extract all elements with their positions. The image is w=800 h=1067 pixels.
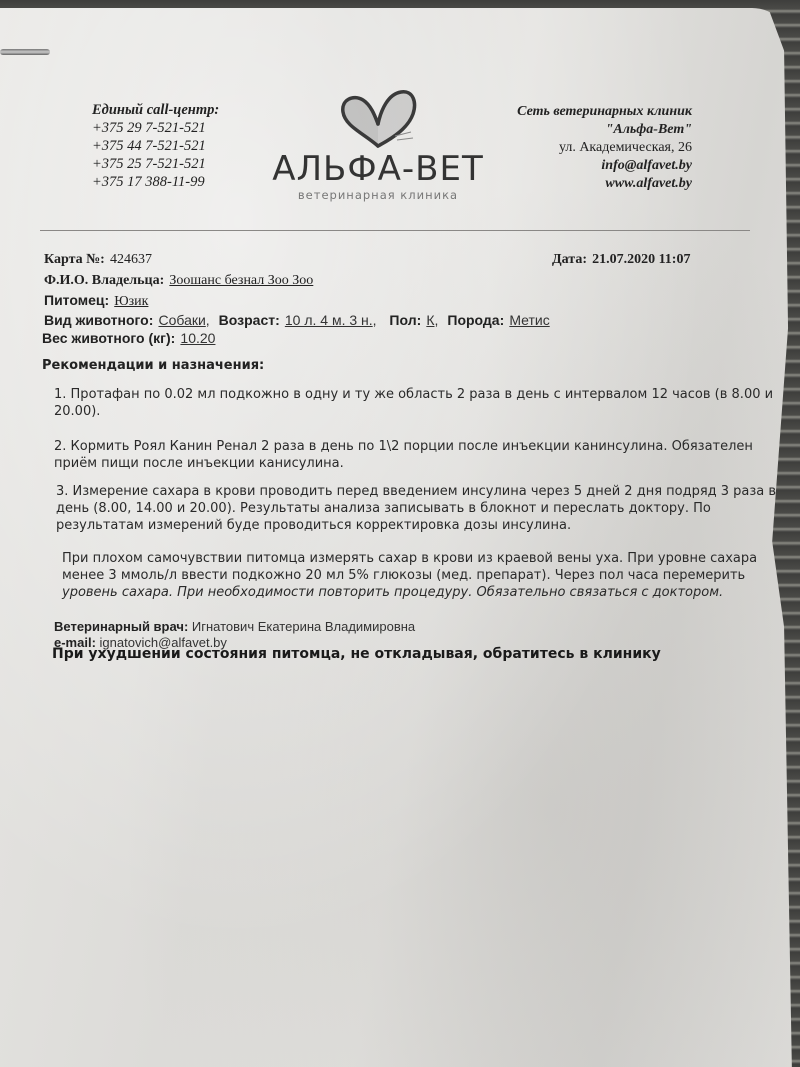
note-line2: менее 3 ммоль/л ввести подкожно 20 мл 5%…	[62, 567, 757, 584]
brand-subtitle: ветеринарная клиника	[268, 188, 488, 202]
recommendations-title: Рекомендации и назначения:	[42, 358, 264, 373]
card-number: 424637	[110, 252, 152, 267]
recommendation-2-line1: 2. Кормить Роял Канин Ренал 2 раза в ден…	[54, 438, 753, 455]
species-label: Вид животного:	[44, 312, 153, 328]
brand-name: АЛЬФА-ВЕТ	[268, 152, 488, 186]
weight-row: Вес животного (кг): 10.20	[42, 328, 215, 347]
phone-1: +375 29 7-521-521	[92, 119, 219, 137]
phone-2: +375 44 7-521-521	[92, 137, 219, 155]
pet-row: Питомец: Юзик	[44, 290, 148, 310]
age-value: 10 л. 4 м. 3 н.	[285, 312, 373, 328]
date-row: Дата: 21.07.2020 11:07	[552, 248, 690, 268]
species-row: Вид животного: Собаки, Возраст: 10 л. 4 …	[44, 310, 550, 329]
owner-value: Зоошанс безнал Зоо Зоо	[169, 273, 313, 288]
network-address: ул. Академическая, 26	[517, 139, 692, 157]
species-value: Собаки	[158, 312, 205, 328]
doctor-label: Ветеринарный врач:	[54, 619, 188, 634]
callcenter-title: Единый call-центр:	[92, 101, 219, 119]
date-value: 21.07.2020 11:07	[592, 252, 690, 267]
network-email[interactable]: info@alfavet.by	[517, 157, 692, 175]
card-label: Карта №:	[44, 252, 105, 267]
breed-label: Порода:	[447, 312, 504, 328]
network-website[interactable]: www.alfavet.by	[517, 175, 692, 193]
sex-value: К	[426, 312, 434, 328]
network-line1: Сеть ветеринарных клиник	[517, 103, 692, 121]
heart-butterfly-icon	[333, 88, 423, 150]
prescription-sheet: Единый call-центр: +375 29 7-521-521 +37…	[0, 8, 792, 1067]
owner-row: Ф.И.О. Владельца: Зоошанс безнал Зоо Зоо	[44, 269, 313, 289]
header-divider	[40, 230, 750, 231]
recommendation-3-line1: 3. Измерение сахара в крови проводить пе…	[56, 483, 776, 500]
pet-label: Питомец:	[44, 292, 109, 308]
sex-label: Пол:	[389, 312, 421, 328]
recommendation-3-line2: день (8.00, 14.00 и 20.00). Результаты а…	[56, 500, 776, 517]
date-label: Дата:	[552, 252, 587, 267]
breed-value: Метис	[509, 312, 549, 328]
note-line3: уровень сахара. При необходимости повтор…	[62, 584, 757, 601]
recommendation-3: 3. Измерение сахара в крови проводить пе…	[56, 483, 776, 534]
recommendation-2: 2. Кормить Роял Канин Ренал 2 раза в ден…	[54, 438, 753, 472]
warning-text: При ухудшении состояния питомца, не откл…	[52, 646, 661, 662]
callcenter-block: Единый call-центр: +375 29 7-521-521 +37…	[92, 101, 219, 191]
doctor-name: Игнатович Екатерина Владимировна	[192, 619, 415, 634]
card-number-row: Карта №: 424637	[44, 248, 152, 268]
recommendation-1: 1. Протафан по 0.02 мл подкожно в одну и…	[54, 386, 773, 420]
weight-value: 10.20	[180, 330, 215, 346]
recommendation-1-line2: 20.00).	[54, 403, 773, 420]
clinic-logo: АЛЬФА-ВЕТ ветеринарная клиника	[268, 88, 488, 202]
network-line2: "Альфа-Вет"	[517, 121, 692, 139]
staple	[0, 49, 50, 55]
owner-label: Ф.И.О. Владельца:	[44, 273, 164, 288]
recommendation-3-line3: результатам измерений буде проводиться к…	[56, 517, 776, 534]
phone-3: +375 25 7-521-521	[92, 155, 219, 173]
network-block: Сеть ветеринарных клиник "Альфа-Вет" ул.…	[517, 103, 692, 193]
note-line1: При плохом самочувствии питомца измерять…	[62, 550, 757, 567]
weight-label: Вес животного (кг):	[42, 330, 175, 346]
phone-4: +375 17 388-11-99	[92, 173, 219, 191]
recommendation-1-line1: 1. Протафан по 0.02 мл подкожно в одну и…	[54, 386, 773, 403]
age-label: Возраст:	[219, 312, 280, 328]
recommendation-2-line2: приём пищи после инъекции канисулина.	[54, 455, 753, 472]
emergency-note: При плохом самочувствии питомца измерять…	[62, 550, 757, 601]
pet-value: Юзик	[114, 294, 148, 309]
